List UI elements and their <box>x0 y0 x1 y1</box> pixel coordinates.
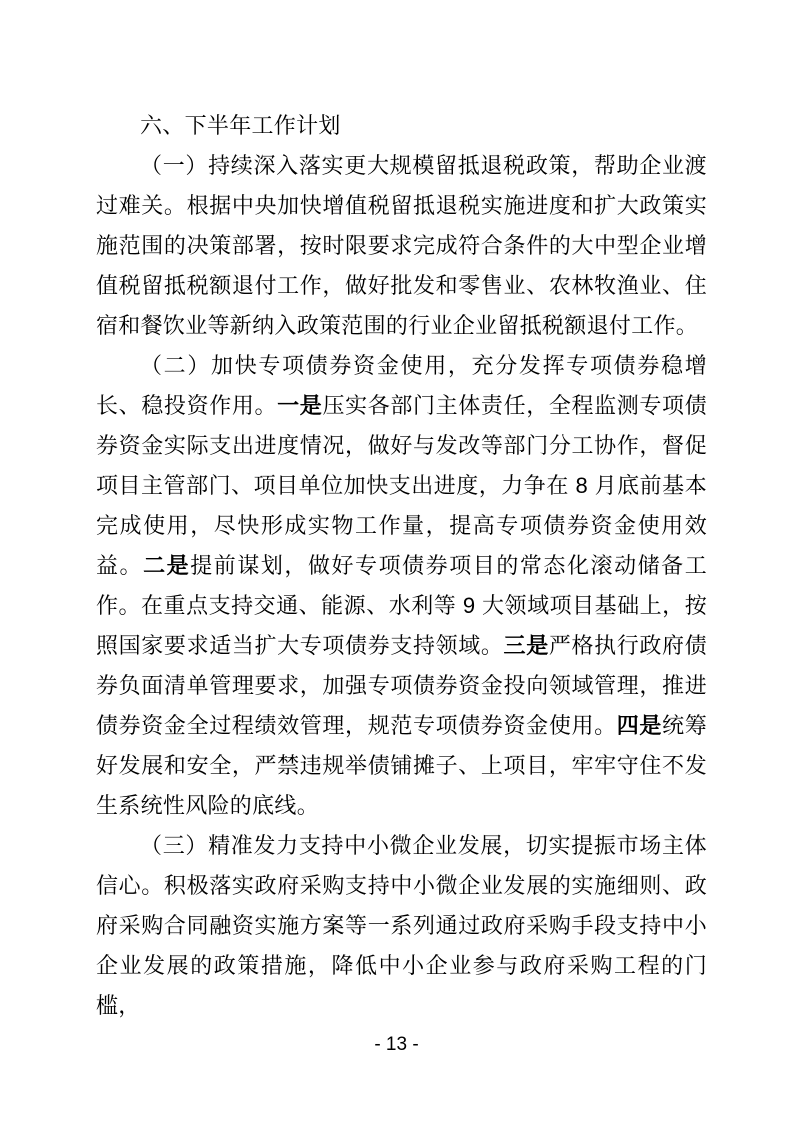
page-number: - 13 - <box>374 1034 418 1055</box>
emphasis-segment: 四是 <box>617 713 662 738</box>
text-segment: （一）持续深入落实更大规模留抵退税政策，帮助企业渡过难关。根据中央加快增值税留抵… <box>96 153 707 338</box>
paragraph-3: （三）精准发力支持中小微企业发展，切实提振市场主体信心。积极落实政府采购支持中小… <box>96 826 707 1026</box>
text-segment: 压实各部门主体责任，全程监测专项债券资金实际支出进度情况，做好与发改等部门分工协… <box>96 393 707 578</box>
emphasis-segment: 一是 <box>277 393 322 418</box>
emphasis-segment: 三是 <box>504 633 549 658</box>
paragraph-2: （二）加快专项债券资金使用，充分发挥专项债券稳增长、稳投资作用。一是压实各部门主… <box>96 346 707 826</box>
page-footer: - 13 - <box>0 1032 793 1058</box>
document-page: 六、下半年工作计划 （一）持续深入落实更大规模留抵退税政策，帮助企业渡过难关。根… <box>0 0 793 1122</box>
section-heading: 六、下半年工作计划 <box>96 106 707 146</box>
text-segment: （三）精准发力支持中小微企业发展，切实提振市场主体信心。积极落实政府采购支持中小… <box>96 833 707 1018</box>
emphasis-segment: 二是 <box>143 553 190 578</box>
document-content: 六、下半年工作计划 （一）持续深入落实更大规模留抵退税政策，帮助企业渡过难关。根… <box>96 106 707 1026</box>
paragraph-1: （一）持续深入落实更大规模留抵退税政策，帮助企业渡过难关。根据中央加快增值税留抵… <box>96 146 707 346</box>
